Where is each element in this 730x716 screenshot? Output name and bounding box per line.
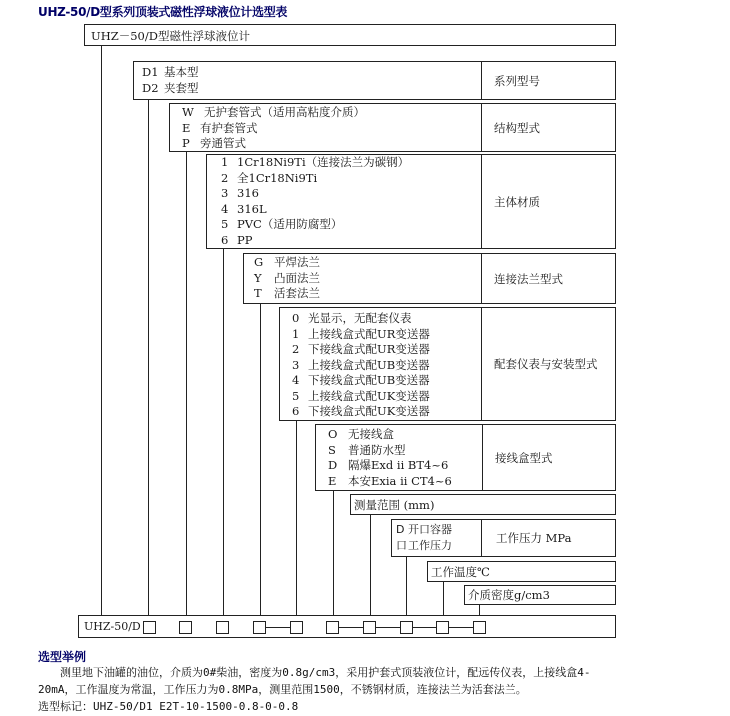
code-slot-7 bbox=[363, 621, 376, 634]
option: D隔爆Exd ii BT4~6 bbox=[328, 458, 452, 474]
divider bbox=[481, 62, 482, 99]
section-label: 工作压力 MPa bbox=[496, 520, 572, 556]
example-title: 选型举例 bbox=[38, 648, 86, 665]
example-line-1: 测里地下油罐的油位，介质为0#柴油，密度为0.8g/cm3，采用护套式顶装液位计… bbox=[38, 664, 638, 681]
option: 4316L bbox=[221, 202, 409, 218]
section-flange: G平焊法兰 Y凸面法兰 T活套法兰 连接法兰型式 bbox=[243, 253, 616, 304]
product-label: UHZ－50/D型磁性浮球液位计 bbox=[91, 28, 250, 44]
connector-line-8 bbox=[370, 514, 371, 621]
section-pressure: D开口容器 口工作压力 工作压力 MPa bbox=[391, 519, 616, 557]
section-label: 主体材质 bbox=[494, 155, 540, 248]
code-slot-9 bbox=[436, 621, 449, 634]
connector-line-3 bbox=[186, 151, 187, 621]
option: 6PP bbox=[221, 233, 409, 249]
options-material: 11Cr18Ni9Ti（连接法兰为碳钢） 2全1Cr18Ni9Ti 3316 4… bbox=[221, 155, 409, 248]
section-label: 系列型号 bbox=[494, 62, 540, 99]
option: 2全1Cr18Ni9Ti bbox=[221, 171, 409, 187]
connector-line-2 bbox=[148, 99, 149, 621]
slot-connector bbox=[413, 627, 437, 628]
options-flange: G平焊法兰 Y凸面法兰 T活套法兰 bbox=[254, 255, 320, 302]
options-pressure: D开口容器 口工作压力 bbox=[396, 522, 452, 554]
section-range: 测量范围 (mm) bbox=[350, 494, 616, 515]
section-label: 介质密度g/cm3 bbox=[468, 586, 550, 604]
option: D1基本型 bbox=[142, 65, 199, 81]
divider bbox=[481, 254, 482, 303]
example-text: 测里地下油罐的油位，介质为0#柴油，密度为0.8g/cm3，采用护套式顶装液位计… bbox=[38, 664, 638, 715]
option: P旁通管式 bbox=[182, 136, 365, 152]
section-temperature: 工作温度℃ bbox=[427, 561, 616, 582]
option: W无护套管式（适用高粘度介质） bbox=[182, 105, 365, 121]
slot-connector bbox=[339, 627, 363, 628]
section-label: 结构型式 bbox=[494, 104, 540, 151]
code-slot-10 bbox=[473, 621, 486, 634]
section-instrument: 0光显示，无配套仪表 1上接线盒式配UR变送器 2下接线盒式配UR变送器 3上接… bbox=[279, 307, 616, 421]
code-slot-8 bbox=[400, 621, 413, 634]
code-slot-4 bbox=[253, 621, 266, 634]
option: Y凸面法兰 bbox=[254, 271, 320, 287]
divider bbox=[481, 520, 482, 556]
option: 5上接线盒式配UK变送器 bbox=[292, 389, 430, 405]
option: T活套法兰 bbox=[254, 286, 320, 302]
connector-line-1 bbox=[101, 46, 102, 615]
example-line-3: 选型标记：UHZ-50/D1 E2T-10-1500-0.8-0-0.8 bbox=[38, 698, 638, 715]
section-label: 连接法兰型式 bbox=[494, 254, 563, 303]
options-instrument: 0光显示，无配套仪表 1上接线盒式配UR变送器 2下接线盒式配UR变送器 3上接… bbox=[292, 311, 430, 420]
section-label: 接线盒型式 bbox=[495, 425, 553, 490]
connector-line-4 bbox=[223, 248, 224, 621]
divider bbox=[481, 308, 482, 420]
section-label: 测量范围 (mm) bbox=[354, 495, 434, 514]
connector-line-9 bbox=[406, 556, 407, 621]
divider bbox=[481, 104, 482, 151]
section-label: 配套仪表与安装型式 bbox=[494, 308, 598, 420]
section-material: 11Cr18Ni9Ti（连接法兰为碳钢） 2全1Cr18Ni9Ti 3316 4… bbox=[206, 154, 616, 249]
options-series: D1基本型 D2夹套型 bbox=[142, 65, 199, 96]
section-junction-box: O无接线盒 S普通防水型 D隔爆Exd ii BT4~6 E本安Exia ii … bbox=[315, 424, 616, 491]
code-slot-6 bbox=[326, 621, 339, 634]
code-slot-3 bbox=[216, 621, 229, 634]
option: 4下接线盒式配UB变送器 bbox=[292, 373, 430, 389]
options-structure: W无护套管式（适用高粘度介质） E有护套管式 P旁通管式 bbox=[182, 105, 365, 152]
divider bbox=[482, 425, 483, 490]
option: 口工作压力 bbox=[396, 538, 452, 554]
option: 3316 bbox=[221, 186, 409, 202]
option: 1上接线盒式配UR变送器 bbox=[292, 327, 430, 343]
option: 6下接线盒式配UK变送器 bbox=[292, 404, 430, 420]
option: D2夹套型 bbox=[142, 81, 199, 97]
section-structure: W无护套管式（适用高粘度介质） E有护套管式 P旁通管式 结构型式 bbox=[169, 103, 616, 152]
connector-line-5 bbox=[260, 303, 261, 621]
option: G平焊法兰 bbox=[254, 255, 320, 271]
option: 11Cr18Ni9Ti（连接法兰为碳钢） bbox=[221, 155, 409, 171]
connector-line-7 bbox=[333, 490, 334, 621]
option: 0光显示，无配套仪表 bbox=[292, 311, 430, 327]
option: O无接线盒 bbox=[328, 427, 452, 443]
code-slot-2 bbox=[179, 621, 192, 634]
slot-connector bbox=[449, 627, 473, 628]
option: 5PVC（适用防腐型） bbox=[221, 217, 409, 233]
section-label: 工作温度℃ bbox=[431, 562, 490, 581]
example-line-2: 20mA，工作温度为常温，工作压力为0.8MPa，测里范围1500，不锈钢材质，… bbox=[38, 681, 638, 698]
slot-connector bbox=[376, 627, 400, 628]
option: S普通防水型 bbox=[328, 443, 452, 459]
option: 2下接线盒式配UR变送器 bbox=[292, 342, 430, 358]
code-slot-1 bbox=[143, 621, 156, 634]
slot-connector bbox=[266, 627, 290, 628]
model-code-prefix: UHZ-50/D bbox=[84, 620, 141, 633]
connector-line-6 bbox=[296, 420, 297, 621]
option: 3上接线盒式配UB变送器 bbox=[292, 358, 430, 374]
options-junction-box: O无接线盒 S普通防水型 D隔爆Exd ii BT4~6 E本安Exia ii … bbox=[328, 427, 452, 489]
code-slot-5 bbox=[290, 621, 303, 634]
section-series: D1基本型 D2夹套型 系列型号 bbox=[133, 61, 616, 100]
product-box: UHZ－50/D型磁性浮球液位计 bbox=[84, 24, 616, 46]
option: E本安Exia ii CT4~6 bbox=[328, 474, 452, 490]
option: D开口容器 bbox=[396, 522, 452, 538]
section-density: 介质密度g/cm3 bbox=[464, 585, 616, 605]
option: E有护套管式 bbox=[182, 121, 365, 137]
divider bbox=[481, 155, 482, 248]
page-title: UHZ-50/D型系列顶装式磁性浮球液位计选型表 bbox=[38, 3, 287, 20]
